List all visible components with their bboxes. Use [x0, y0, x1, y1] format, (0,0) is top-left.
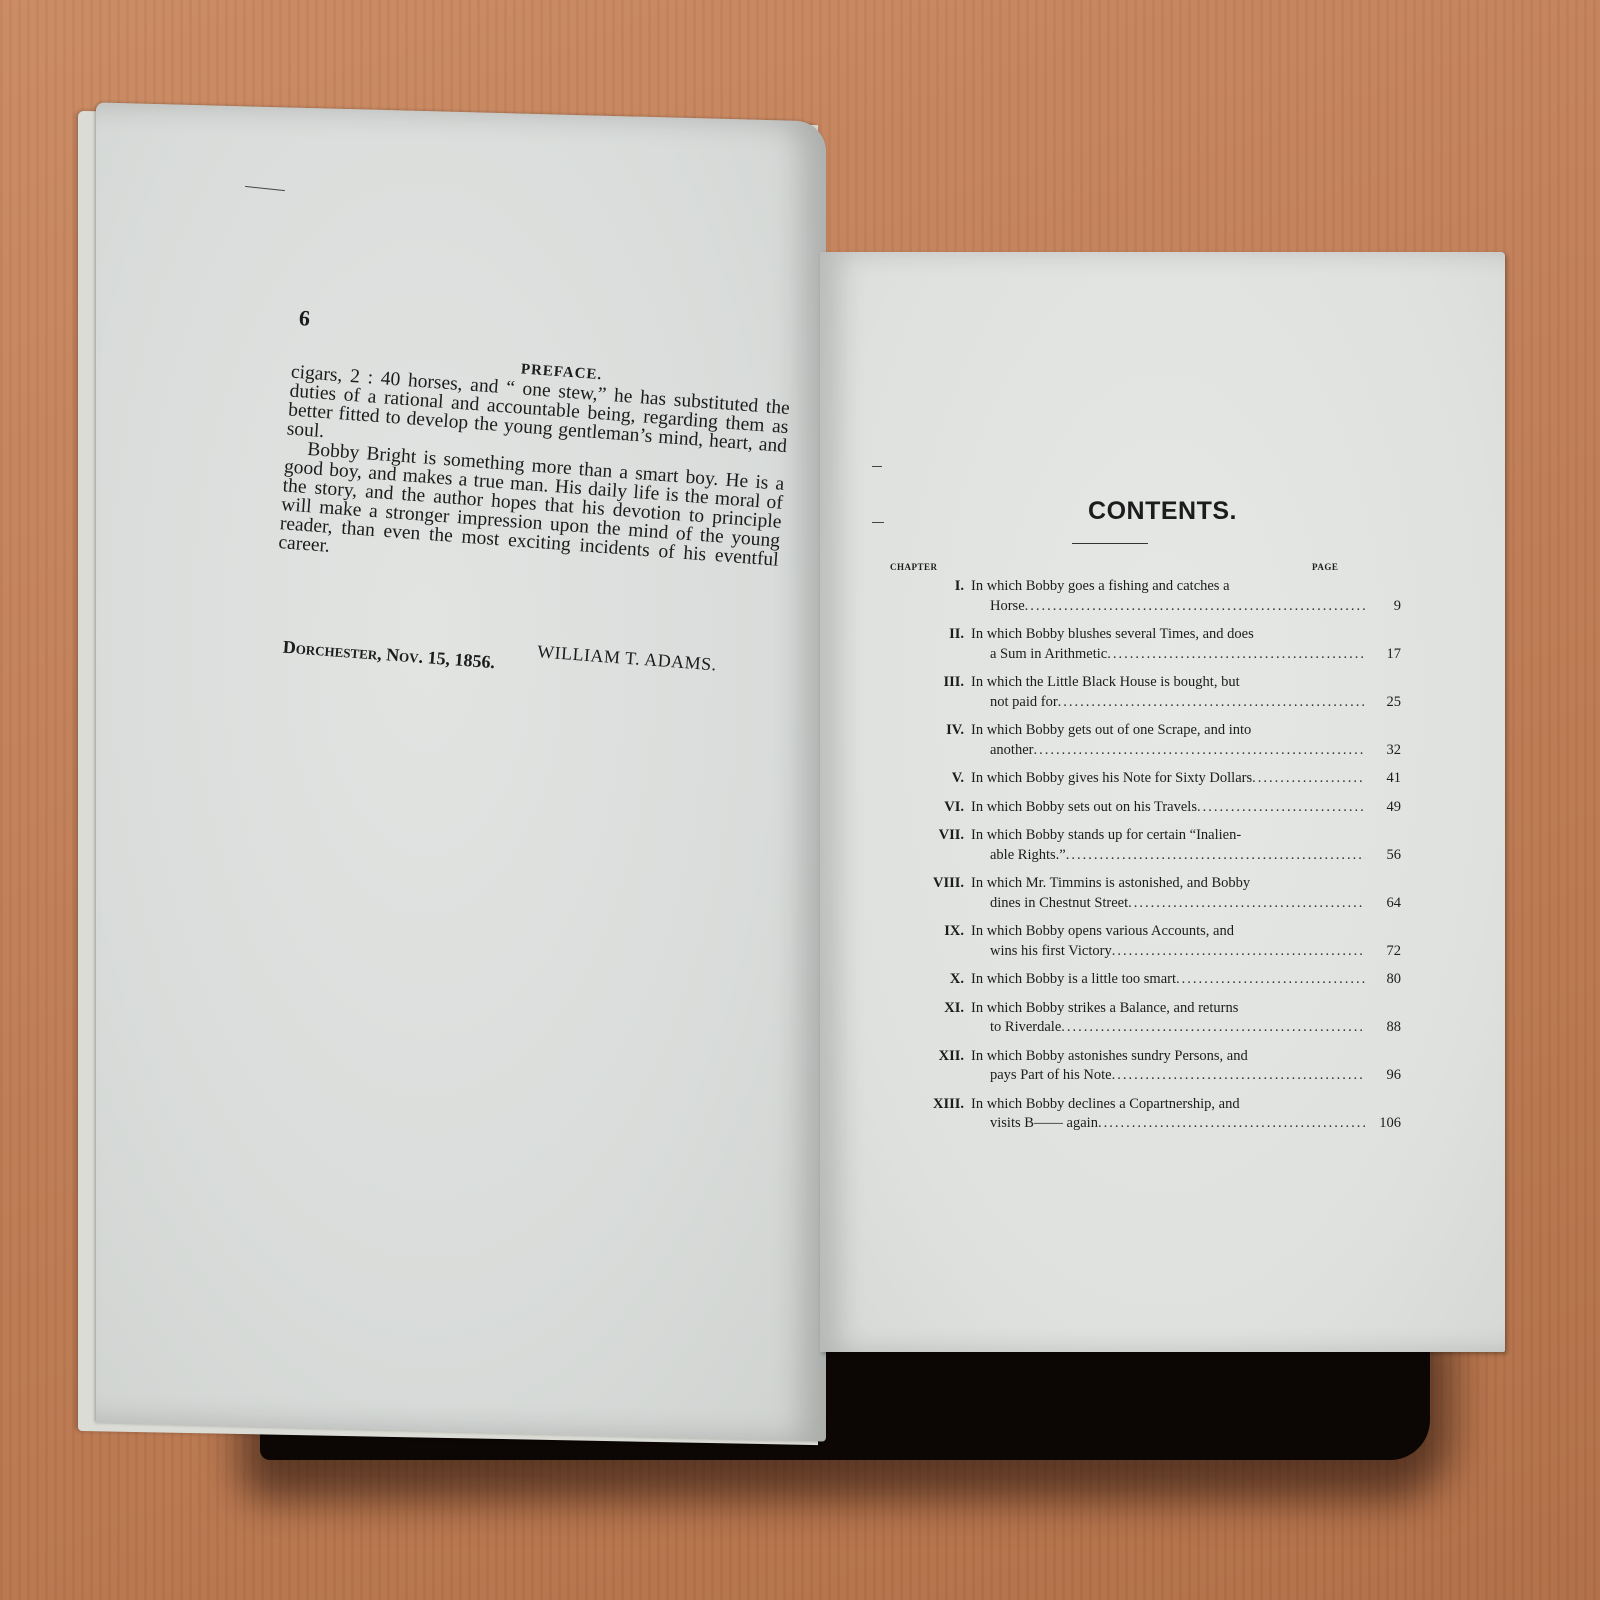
- contents-title: CONTENTS.: [820, 497, 1505, 526]
- chapter-title-cont: to Riverdale: [971, 1018, 1061, 1038]
- chapter-number: V.: [890, 769, 964, 789]
- dot-leader: [1252, 769, 1365, 789]
- dot-leader: [1061, 1018, 1365, 1038]
- chapter-title: In which Bobby is a little too smart: [971, 970, 1176, 990]
- chapter-title-cont: visits B—— again: [971, 1114, 1098, 1134]
- right-page: CONTENTS. CHAPTER PAGE I. In which Bobby…: [820, 252, 1505, 1352]
- chapter-title-cont: not paid for: [971, 693, 1058, 713]
- chapter-number: III.: [890, 673, 964, 693]
- page-ref: 17: [1365, 645, 1401, 665]
- chapter-number: XIII.: [890, 1095, 964, 1115]
- chapter-number: XI.: [890, 999, 964, 1019]
- chapter-number: VII.: [890, 826, 964, 846]
- pencil-mark: [872, 466, 882, 467]
- chapter-title-cont: a Sum in Arithmetic: [971, 645, 1107, 665]
- toc-entry: III. In which the Little Black House is …: [890, 673, 1360, 712]
- toc-entry: XII. In which Bobby astonishes sundry Pe…: [890, 1047, 1360, 1086]
- chapter-title: In which Bobby strikes a Balance, and re…: [971, 999, 1316, 1019]
- toc-entry: VIII. In which Mr. Timmins is astonished…: [890, 874, 1360, 913]
- page-ref: 72: [1365, 942, 1401, 962]
- pencil-mark: [872, 522, 884, 523]
- dot-leader: [1197, 798, 1365, 818]
- chapter-title: In which Bobby gives his Note for Sixty …: [971, 769, 1252, 789]
- chapter-title: In which Bobby stands up for certain “In…: [971, 826, 1316, 846]
- chapter-title: In which Bobby astonishes sundry Persons…: [971, 1047, 1316, 1067]
- chapter-title-cont: able Rights.”: [971, 846, 1066, 866]
- page-number: 6: [298, 305, 311, 332]
- toc-entry: IX. In which Bobby opens various Account…: [890, 922, 1360, 961]
- chapter-number: I.: [890, 577, 964, 597]
- page-ref: 106: [1365, 1114, 1401, 1134]
- dot-leader: [1107, 645, 1365, 665]
- chapter-title: In which Mr. Timmins is astonished, and …: [971, 874, 1316, 894]
- chapter-number: VI.: [890, 798, 964, 818]
- dot-leader: [1066, 846, 1365, 866]
- page-ref: 49: [1365, 798, 1401, 818]
- dot-leader: [1128, 894, 1365, 914]
- chapter-title: In which Bobby blushes several Times, an…: [971, 625, 1316, 645]
- toc-entry: II. In which Bobby blushes several Times…: [890, 625, 1360, 664]
- chapter-number: IV.: [890, 721, 964, 741]
- page-ref: 80: [1365, 970, 1401, 990]
- toc-entry: IV. In which Bobby gets out of one Scrap…: [890, 721, 1360, 760]
- page-ref: 64: [1365, 894, 1401, 914]
- toc-entry: XIII. In which Bobby declines a Copartne…: [890, 1095, 1360, 1134]
- page-ref: 25: [1365, 693, 1401, 713]
- chapter-title: In which Bobby opens various Accounts, a…: [971, 922, 1316, 942]
- chapter-title: In which Bobby gets out of one Scrape, a…: [971, 721, 1316, 741]
- chapter-title-cont: another: [971, 741, 1033, 761]
- toc-entry: VI. In which Bobby sets out on his Trave…: [890, 798, 1360, 818]
- chapter-title-cont: pays Part of his Note: [971, 1066, 1112, 1086]
- left-page: [96, 102, 826, 1441]
- page-ref: 32: [1365, 741, 1401, 761]
- page-ref: 41: [1365, 769, 1401, 789]
- dot-leader: [1098, 1114, 1365, 1134]
- page-ref: 9: [1365, 597, 1401, 617]
- chapter-title: In which Bobby declines a Copartnership,…: [971, 1095, 1316, 1115]
- title-rule-divider: [1072, 543, 1148, 544]
- toc-entry: VII. In which Bobby stands up for certai…: [890, 826, 1360, 865]
- chapter-number: IX.: [890, 922, 964, 942]
- chapter-title-cont: Horse: [971, 597, 1025, 617]
- chapter-number: VIII.: [890, 874, 964, 894]
- page-ref: 96: [1365, 1066, 1401, 1086]
- table-of-contents: I. In which Bobby goes a fishing and cat…: [890, 577, 1360, 1143]
- chapter-title: In which the Little Black House is bough…: [971, 673, 1316, 693]
- dot-leader: [1176, 970, 1365, 990]
- dot-leader: [1112, 942, 1365, 962]
- toc-entry: X. In which Bobby is a little too smart8…: [890, 970, 1360, 990]
- chapter-number: X.: [890, 970, 964, 990]
- dot-leader: [1112, 1066, 1365, 1086]
- chapter-title-cont: wins his first Victory: [971, 942, 1112, 962]
- chapter-title: In which Bobby sets out on his Travels: [971, 798, 1197, 818]
- chapter-number: XII.: [890, 1047, 964, 1067]
- dot-leader: [1058, 693, 1365, 713]
- dot-leader: [1025, 597, 1365, 617]
- dot-leader: [1033, 741, 1365, 761]
- page-ref: 56: [1365, 846, 1401, 866]
- page-ref: 88: [1365, 1018, 1401, 1038]
- page-column-header: PAGE: [1312, 562, 1338, 572]
- chapter-title: In which Bobby goes a fishing and catche…: [971, 577, 1316, 597]
- toc-entry: XI. In which Bobby strikes a Balance, an…: [890, 999, 1360, 1038]
- toc-entry: I. In which Bobby goes a fishing and cat…: [890, 577, 1360, 616]
- chapter-title-cont: dines in Chestnut Street: [971, 894, 1128, 914]
- chapter-number: II.: [890, 625, 964, 645]
- preface-body: cigars, 2 : 40 horses, and “ one stew,” …: [278, 363, 791, 589]
- chapter-column-header: CHAPTER: [890, 562, 938, 572]
- toc-entry: V. In which Bobby gives his Note for Six…: [890, 769, 1360, 789]
